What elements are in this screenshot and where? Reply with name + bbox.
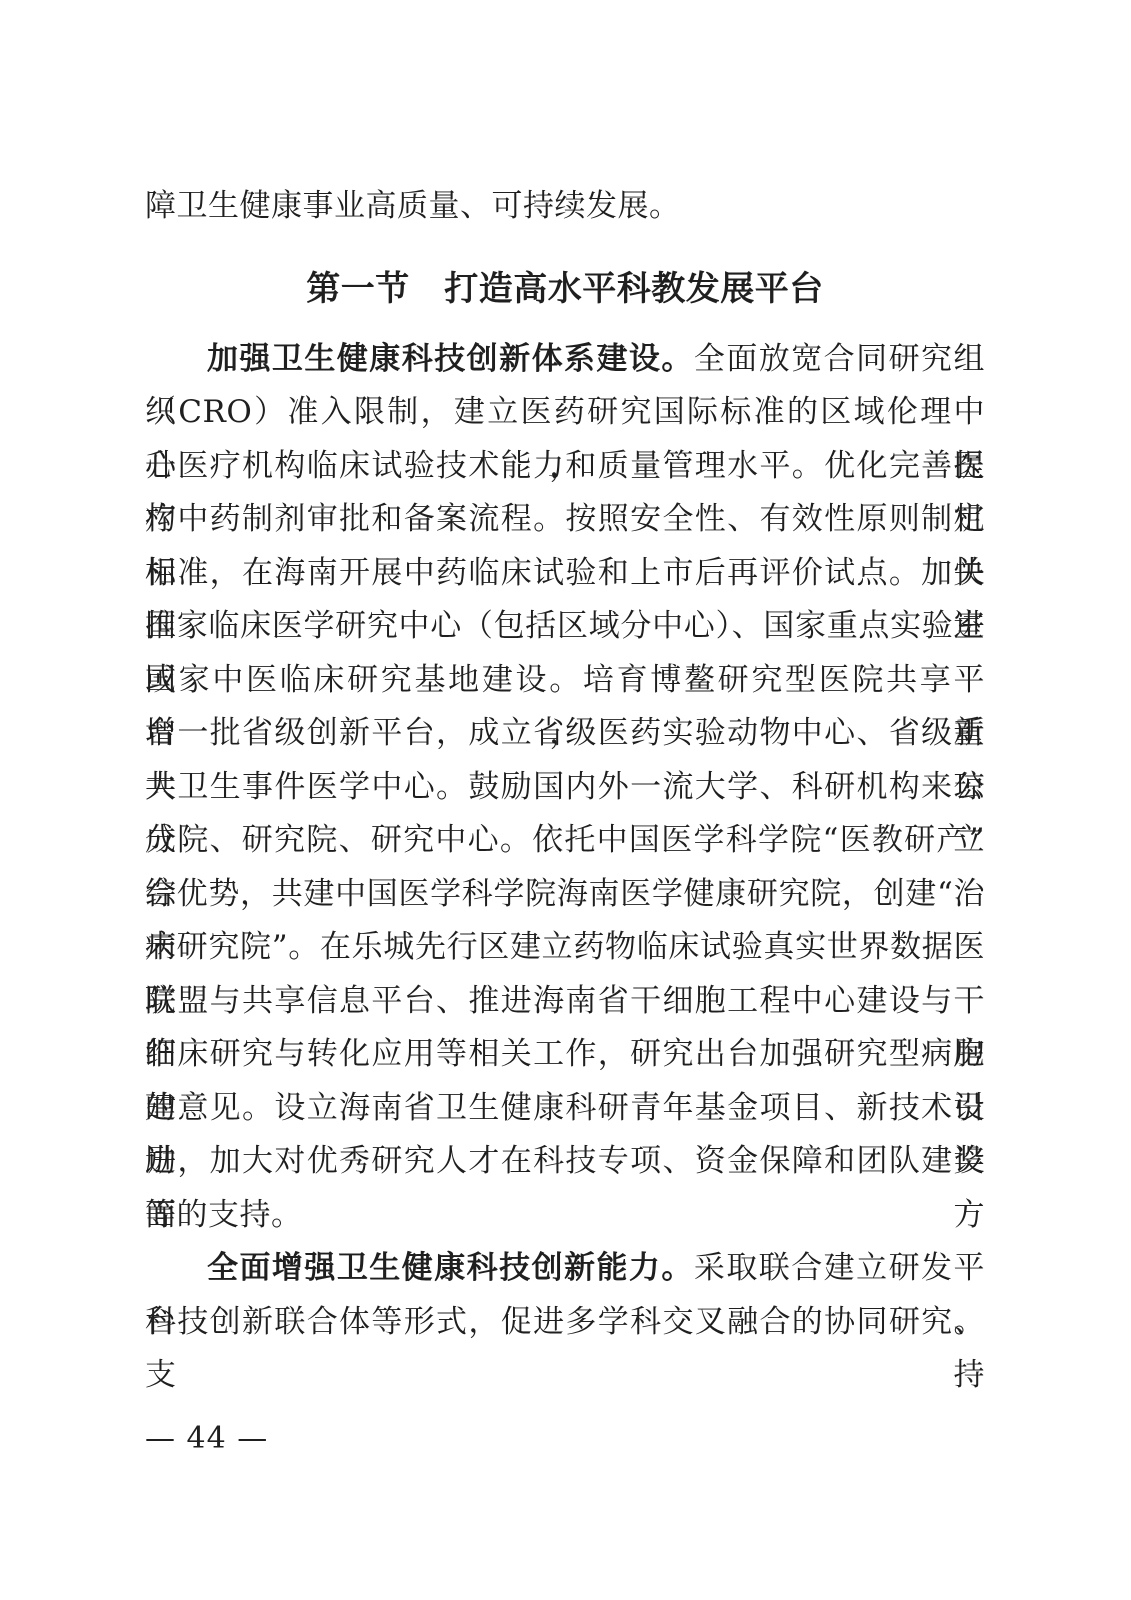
paragraph1-first-line: 加强卫生健康科技创新体系建设。全面放宽合同研究组织 [145,333,985,387]
paragraph2-first-line: 全面增强卫生健康科技创新能力。采取联合建立研发平台、 [145,1242,985,1296]
document-page: 障卫生健康事业高质量、可持续发展。 第一节 打造高水平科教发展平台 加强卫生健康… [0,0,1131,1600]
body-line: 合优势，共建中国医学科学院海南医学健康研究院，创建“治未 [145,868,985,922]
text-column: 障卫生健康事业高质量、可持续发展。 第一节 打造高水平科教发展平台 加强卫生健康… [145,180,985,1349]
page-number: — 44 — [145,1421,268,1457]
body-line: 分院、研究院、研究中心。依托中国医学科学院“医教研产”综 [145,814,985,868]
body-line: 的意见。设立海南省卫生健康科研青年基金项目、新技术引进奖 [145,1082,985,1136]
intro-line: 障卫生健康事业高质量、可持续发展。 [145,180,985,234]
body-line: 升医疗机构临床试验技术能力和质量管理水平。优化完善医疗机 [145,440,985,494]
body-line: 临床研究与转化应用等相关工作，研究出台加强研究型病房建设 [145,1028,985,1082]
body-line: 联盟与共享信息平台、推进海南省干细胞工程中心建设与干细胞 [145,975,985,1029]
body-line: （CRO）准入限制，建立医药研究国际标准的区域伦理中心，提 [145,386,985,440]
body-line: 构中药制剂审批和备案流程。按照安全性、有效性原则制定相关 [145,493,985,547]
body-line: 励，加大对优秀研究人才在科技专项、资金保障和团队建设等方 [145,1135,985,1189]
body-line: 国家中医临床研究基地建设。培育博鳌研究型医院共享平台，新 [145,654,985,708]
section-heading: 第一节 打造高水平科教发展平台 [145,262,985,316]
body-line: 国家临床医学研究中心（包括区域分中心）、国家重点实验室或 [145,600,985,654]
paragraph1-lead-bold: 加强卫生健康科技创新体系建设。 [207,341,694,377]
body-line: 标准，在海南开展中药临床试验和上市后再评价试点。加快推进 [145,547,985,601]
body-line: 病研究院”。在乐城先行区建立药物临床试验真实世界数据医院 [145,921,985,975]
body-line: 增一批省级创新平台，成立省级医药实验动物中心、省级重大公 [145,707,985,761]
body-line: 共卫生事件医学中心。鼓励国内外一流大学、科研机构来琼成立 [145,761,985,815]
paragraph2-lead-bold: 全面增强卫生健康科技创新能力。 [207,1250,694,1286]
body-line: 科技创新联合体等形式，促进多学科交叉融合的协同研究。支持 [145,1296,985,1350]
